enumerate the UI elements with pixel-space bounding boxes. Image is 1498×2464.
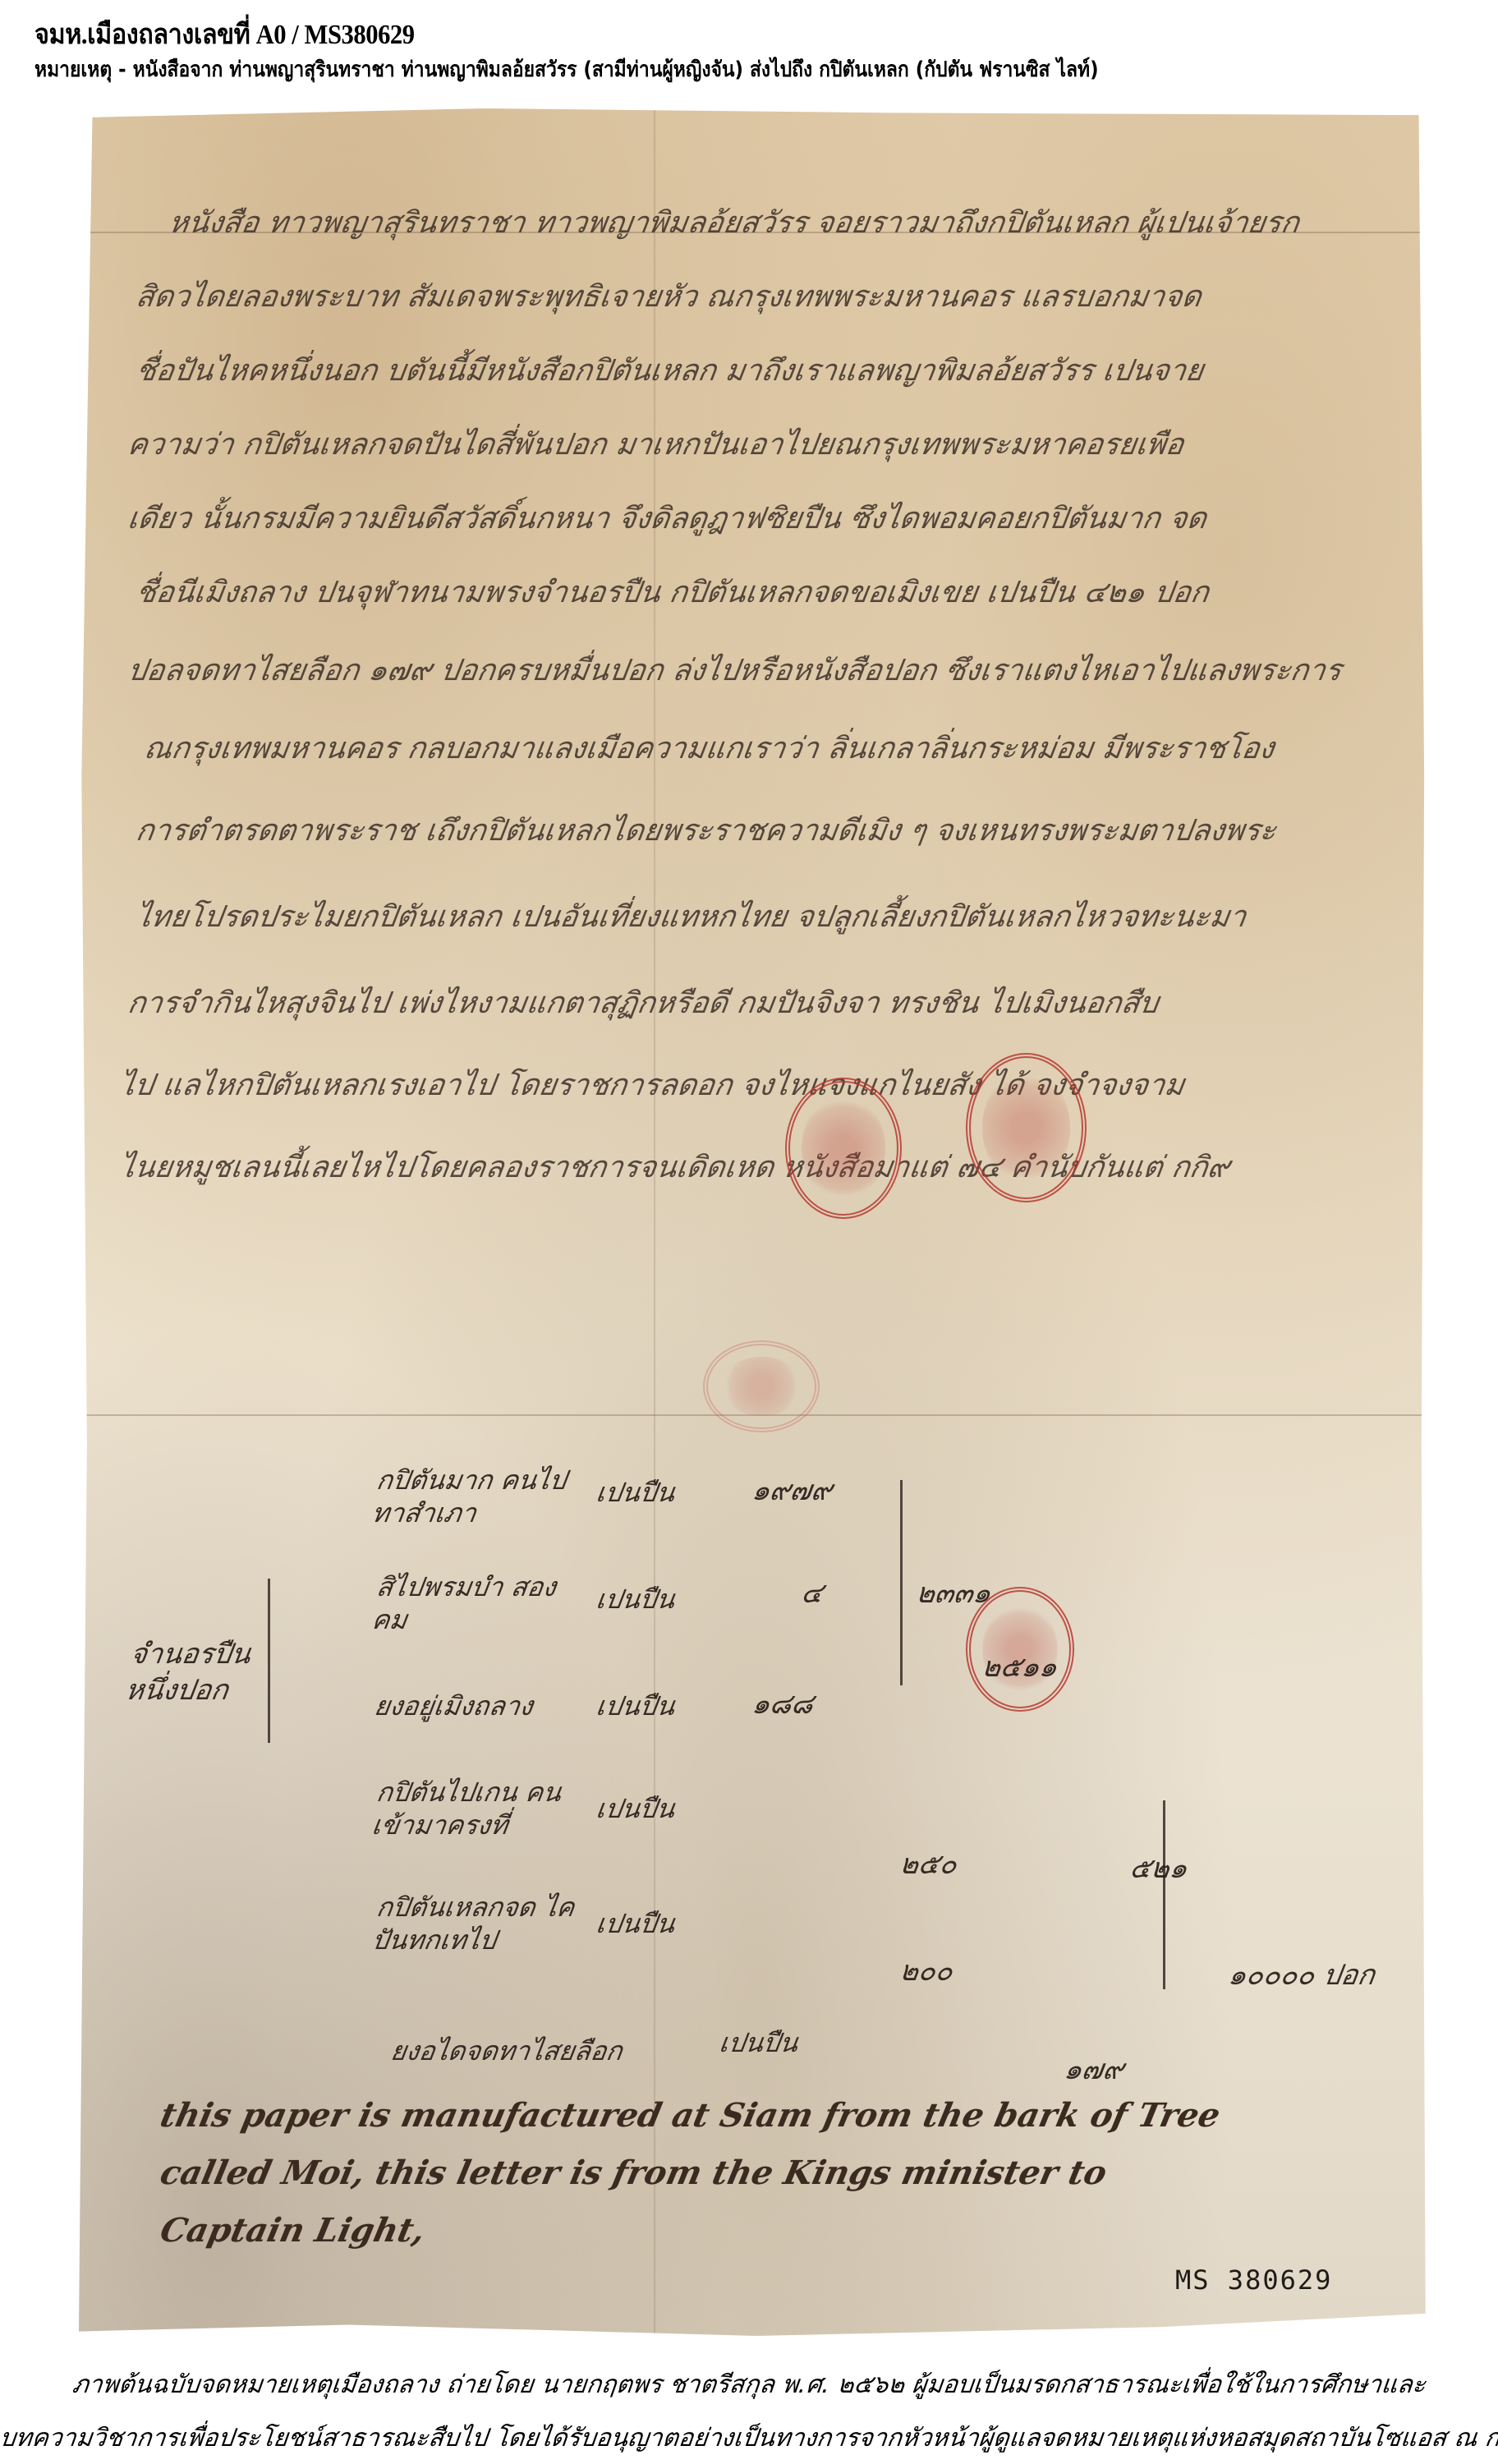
tally-row-name: กปิตันไปเกน คนเข้ามาครงที่ [370,1776,600,1841]
document-subtitle: หมายเหตุ - หนังสือจาก ท่านพญาสุรินทราชา … [34,53,1099,86]
handwritten-line: สิดวไดยลองพระบาท สัมเดจพระพุทธิเจายหัว ณ… [133,273,1205,319]
english-note-line: Captain Light, [157,2211,429,2250]
handwritten-line: ปอลจดทาไสยลือก ๑๗๙ ปอกครบหมื่นปอก ล่งไปห… [125,646,1344,693]
tally-row-name: กปิตันมาก คนไปทาสำเภา [370,1464,592,1529]
tally-row-unit: เปนปืน [716,2022,800,2064]
tally-subtotal: ๒๕๑๑ [979,1644,1060,1689]
manuscript-number: MS 380629 [1175,2264,1332,2296]
english-note-line: this paper is manufactured at Siam from … [157,2096,1224,2135]
tally-row-unit: เปนปืน [593,1788,677,1830]
document-title: จมห.เมืองถลางเลขที่ A0 / MS380629 [34,11,415,56]
tally-row-name: ยงอไดจดทาไสยลือก [388,2030,625,2072]
tally-row-qty: ๑๘๘ [749,1681,816,1726]
tally-row-unit: เปนปืน [593,1472,677,1514]
tally-row-unit: เปนปืน [593,1579,677,1620]
tally-subtotal: ๒๕๐ [897,1841,959,1886]
caption-line: ภาพต้นฉบับจดหมายเหตุเมืองถลาง ถ่ายโดย นา… [0,2365,1498,2404]
caption-line: บทความวิชาการเพื่อประโยชน์สาธารณะสืบไป โ… [0,2419,1498,2457]
tally-row-unit: เปนปืน [593,1685,677,1727]
tally-bracket [268,1579,270,1743]
red-seal-stamp [966,1053,1087,1202]
tally-row-qty: ๔ [798,1570,825,1615]
tally-bracket [1163,1800,1165,1989]
tally-row-name: กปิตันเหลกจด ไคปันทกเทไป [370,1891,600,1956]
tally-row-unit: เปนปืน [593,1903,677,1945]
tally-subtotal: ๒๐๐ [897,1948,956,1993]
handwritten-line: การตำตรดตาพระราช เถึงกปิตันเหลกไดยพระราช… [133,807,1280,853]
handwritten-line: ความว่า กปิตันเหลกจดปันไดสี่พันปอก มาเหก… [125,421,1187,467]
manuscript-paper: หนังสือ ทาวพญาสุรินทราชา ทาวพญาพิมลอ้ยสว… [79,108,1432,2336]
tally-subtotal: ๒๓๓๑ [913,1570,994,1615]
tally-group-label: จำนอรปืน หนึ่งปอก [123,1636,264,1708]
tally-total: ๑๐๐๐๐ ปอก [1225,1952,1378,1997]
handwritten-line: ณกรุงเทพมหานคอร กลบอกมาแลงเมือความแกเราว… [141,724,1277,771]
tally-row-name: ยงอยู่เมิงถลาง [371,1685,535,1727]
handwritten-line: การจำกินไหสุงจินไป เพ่งไหงามแกตาสุฏิกหรื… [125,979,1162,1026]
faded-seal-stamp [703,1340,820,1432]
tally-row-qty: ๑๙๗๙ [749,1468,835,1512]
english-note-line: called Moi, this letter is from the King… [157,2154,1110,2192]
handwritten-line: ชื่อปันไหคหนึ่งนอก บตันนี้มีหนังสือกปิตั… [133,347,1206,393]
red-seal-stamp [785,1078,902,1219]
tally-subtotal: ๕๒๑ [1127,1846,1190,1890]
tally-row-name: สิไปพรมบำ สอง คม [370,1570,592,1636]
tally-subtotal: ๑๗๙ [1061,2047,1127,2091]
handwritten-line: ชื่อนีเมิงถลาง ปนจุฬาทนามพรงจำนอรปืน กปิ… [133,568,1212,615]
tally-bracket [900,1480,903,1685]
handwritten-line: หนังสือ ทาวพญาสุรินทราชา ทาวพญาพิมลอ้ยสว… [166,199,1303,246]
handwritten-line: เดียว นั้นกรมมีความยินดีสวัสดิ์นกหนา จึง… [125,494,1210,541]
handwritten-line: ไทยโปรดประไมยกปิตันเหลก เปนอันเที่ยงแทหก… [133,893,1249,940]
